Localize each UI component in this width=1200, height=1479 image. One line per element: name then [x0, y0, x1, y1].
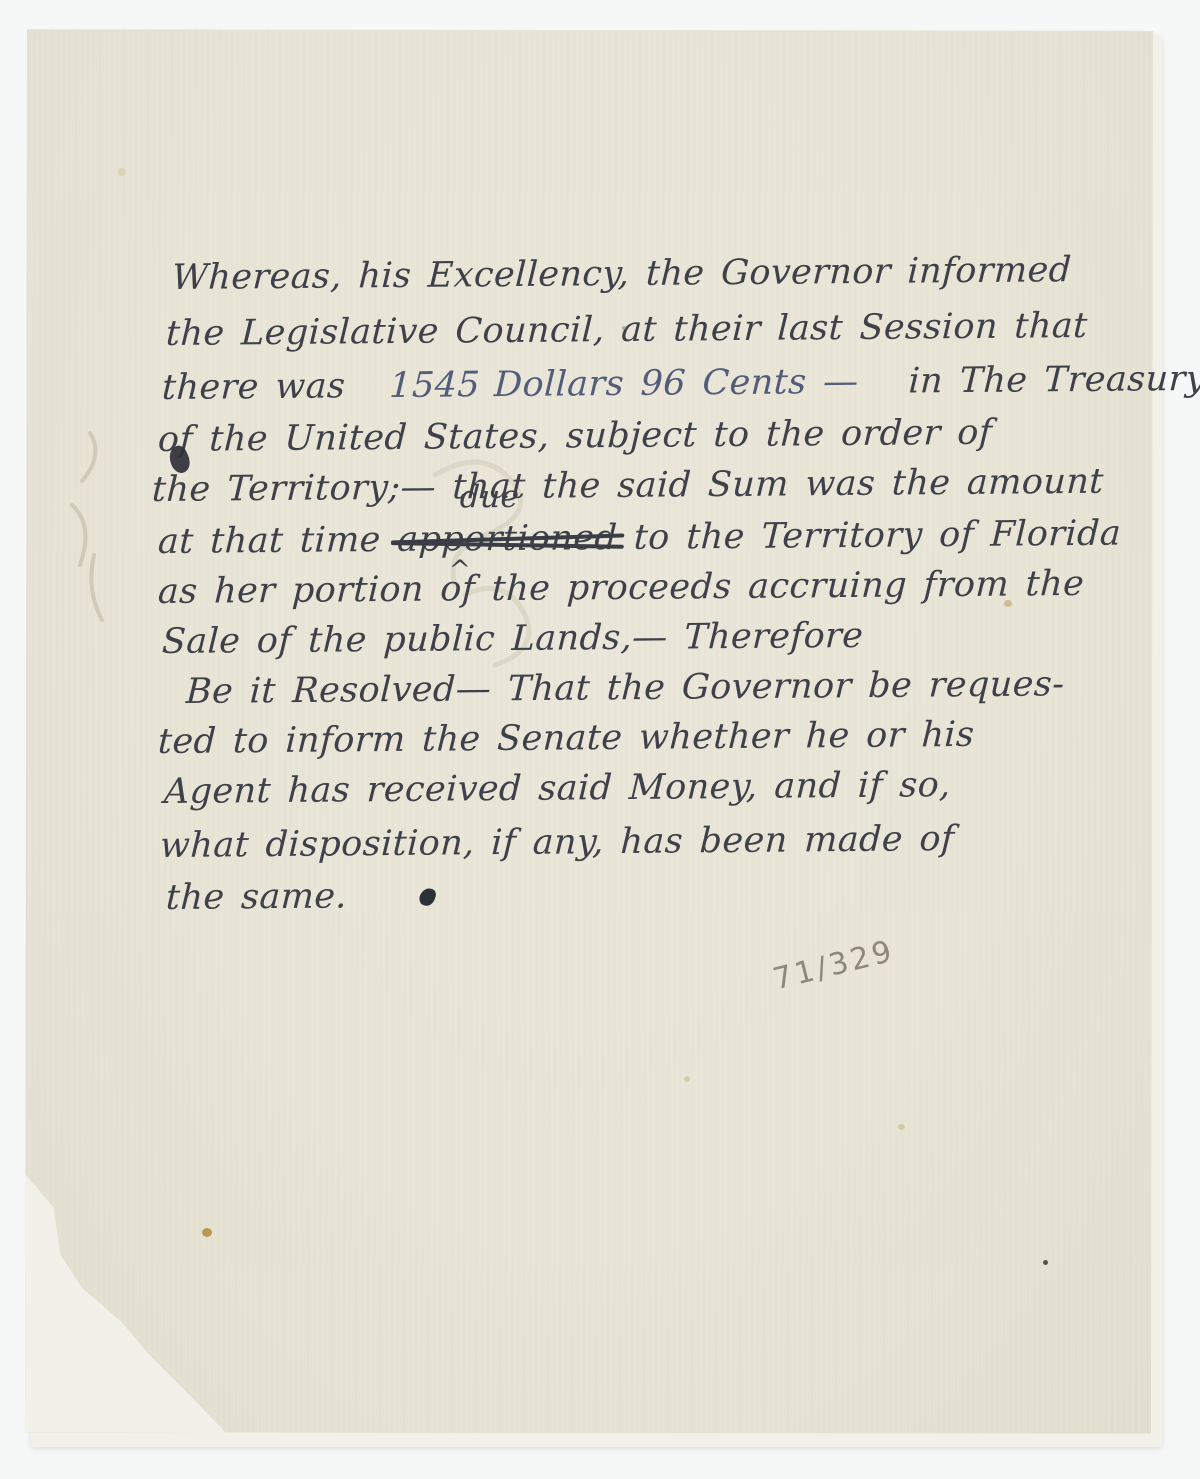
struck-word: apportioned — [396, 518, 618, 560]
correction-post: to the Territory of Florida — [616, 514, 1122, 558]
foxing-spot — [202, 1228, 212, 1237]
manuscript-line: the same. — [165, 876, 348, 918]
manuscript-line: Sale of the public Lands,— Therefore — [161, 616, 864, 662]
amount-line-post: in The Treasury — [908, 359, 1200, 402]
foxing-spot — [684, 1076, 690, 1082]
amount-value: 1545 — [389, 365, 481, 406]
foxing-spot — [622, 326, 626, 330]
foxing-spot — [1004, 600, 1012, 607]
inserted-word: due — [459, 479, 520, 516]
manuscript-line: Be it Resolved— That the Governor be req… — [185, 664, 1065, 712]
amount-line-pre: there was — [161, 366, 346, 408]
foxing-spot — [118, 168, 126, 176]
manuscript-line: as her portion of the proceeds accruing … — [157, 564, 1085, 612]
manuscript-line: what disposition, if any, has been made … — [159, 819, 955, 866]
manuscript-line: ted to inform the Senate whether he or h… — [157, 715, 975, 762]
foxing-spot — [898, 1124, 905, 1130]
correction-pre: at that time — [157, 520, 398, 562]
manuscript-line: of the United States, subject to the ord… — [157, 413, 993, 460]
torn-corner — [25, 1174, 243, 1432]
manuscript-line-correction: at that time apportioned to the Territor… — [157, 514, 1122, 562]
manuscript-line: Whereas, his Excellency, the Governor in… — [171, 250, 1072, 298]
manuscript-line: Agent has received said Money, and if so… — [163, 765, 952, 812]
manuscript-line: the Legislative Council, at their last S… — [165, 306, 1088, 354]
amount-units: Dollars 96 Cents — — [493, 362, 859, 405]
foxing-spot — [1043, 1260, 1048, 1265]
manuscript-line: the Territory;— that the said Sum was th… — [151, 462, 1104, 510]
